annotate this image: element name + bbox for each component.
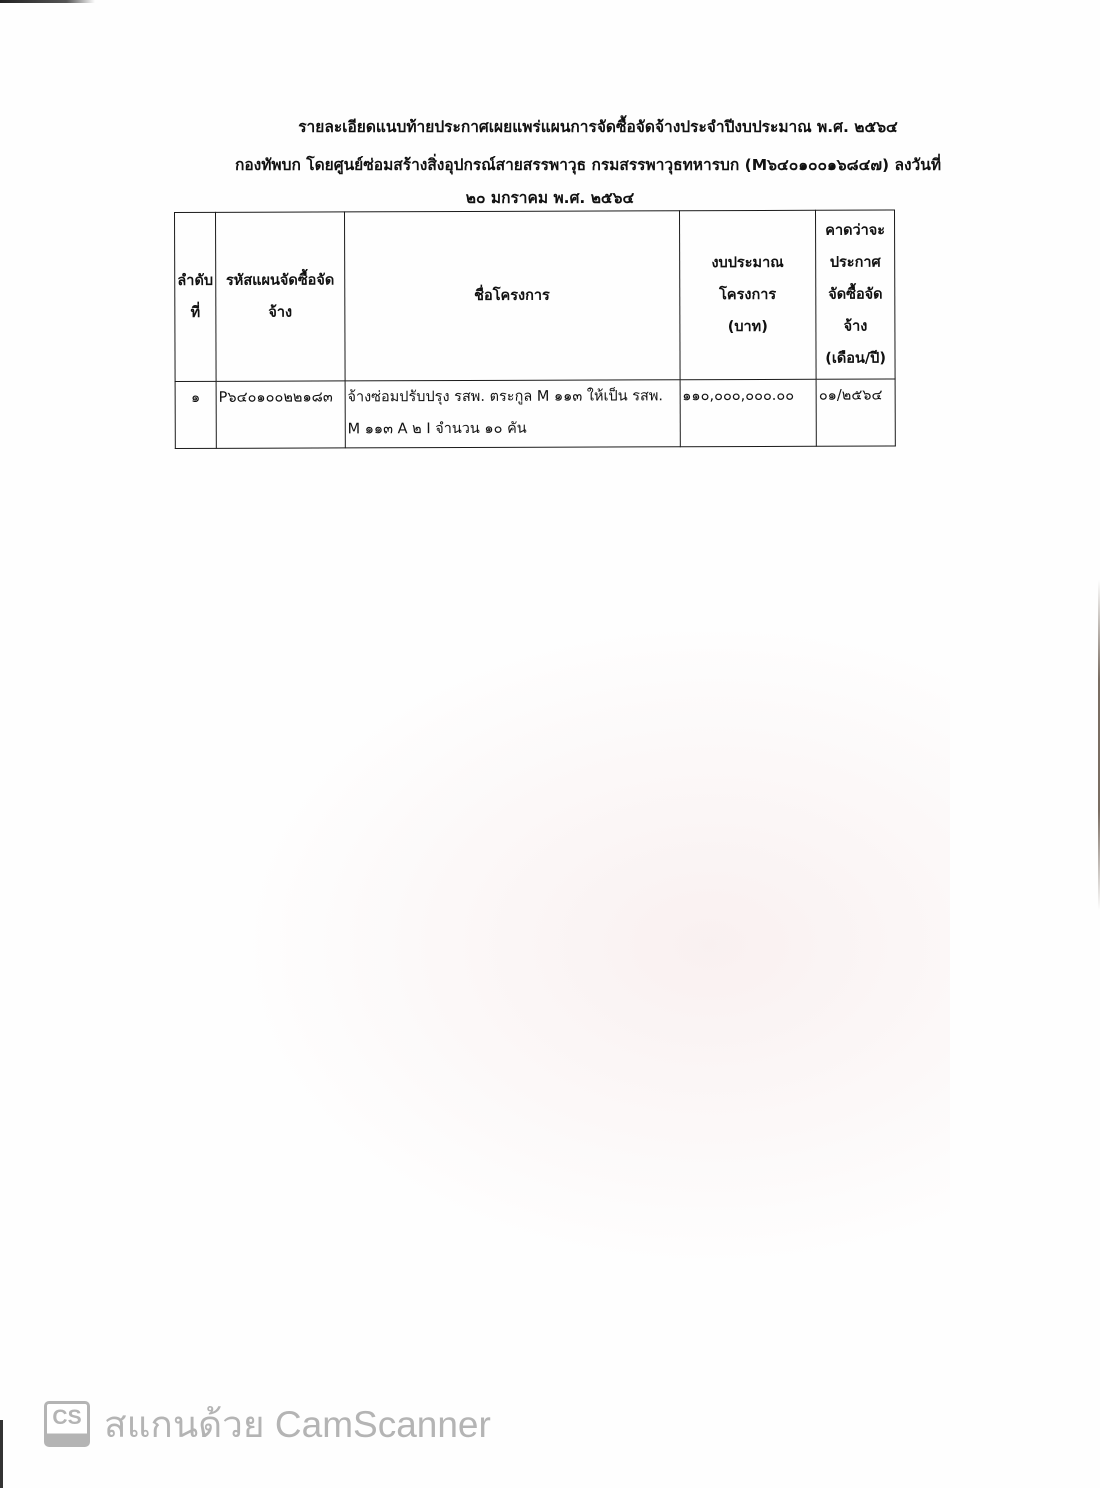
cell-plan-code: P๖๔๐๑๐๐๒๒๑๘๓ xyxy=(216,381,345,448)
scanned-page: รายละเอียดแนบท้ายประกาศเผยแพร่แผนการจัดซ… xyxy=(0,0,1100,1488)
paper-bleed-through xyxy=(150,560,950,1260)
watermark-text: สแกนด้วย CamScanner xyxy=(104,1395,491,1454)
scan-edge-shadow xyxy=(0,0,95,3)
header-budget: งบประมาณ โครงการ (บาท) xyxy=(679,210,816,379)
scan-edge-shadow xyxy=(0,1420,3,1488)
cell-budget: ๑๑๐,๐๐๐,๐๐๐.๐๐ xyxy=(680,379,817,446)
header-expected-date: คาดว่าจะ ประกาศ จัดซื้อจัด จ้าง (เดือน/ป… xyxy=(816,210,895,379)
document-title-line-2: กองทัพบก โดยศูนย์ซ่อมสร้างสิ่งอุปกรณ์สาย… xyxy=(38,152,1100,177)
camscanner-logo-icon: CS xyxy=(44,1401,90,1447)
document-title-line-1: รายละเอียดแนบท้ายประกาศเผยแพร่แผนการจัดซ… xyxy=(48,114,1100,139)
procurement-plan-table: ลำดับ ที่ รหัสแผนจัดซื้อจัด จ้าง ชื่อโคร… xyxy=(174,209,896,449)
table-header-row: ลำดับ ที่ รหัสแผนจัดซื้อจัด จ้าง ชื่อโคร… xyxy=(175,210,896,382)
document-title-date: ๒๐ มกราคม พ.ศ. ๒๕๖๔ xyxy=(0,185,1100,210)
table-row: ๑ P๖๔๐๑๐๐๒๒๑๘๓ จ้างซ่อมปรับปรุง รสพ. ตระ… xyxy=(175,379,895,449)
header-plan-code: รหัสแผนจัดซื้อจัด จ้าง xyxy=(215,212,344,381)
cell-expected-date: ๐๑/๒๕๖๔ xyxy=(816,379,895,446)
cell-project-name: จ้างซ่อมปรับปรุง รสพ. ตระกูล M ๑๑๓ ให้เป… xyxy=(345,380,680,448)
cell-no: ๑ xyxy=(175,381,216,448)
header-no: ลำดับ ที่ xyxy=(175,212,217,381)
camscanner-watermark: CS สแกนด้วย CamScanner xyxy=(44,1400,491,1448)
header-project-name: ชื่อโครงการ xyxy=(344,211,679,381)
